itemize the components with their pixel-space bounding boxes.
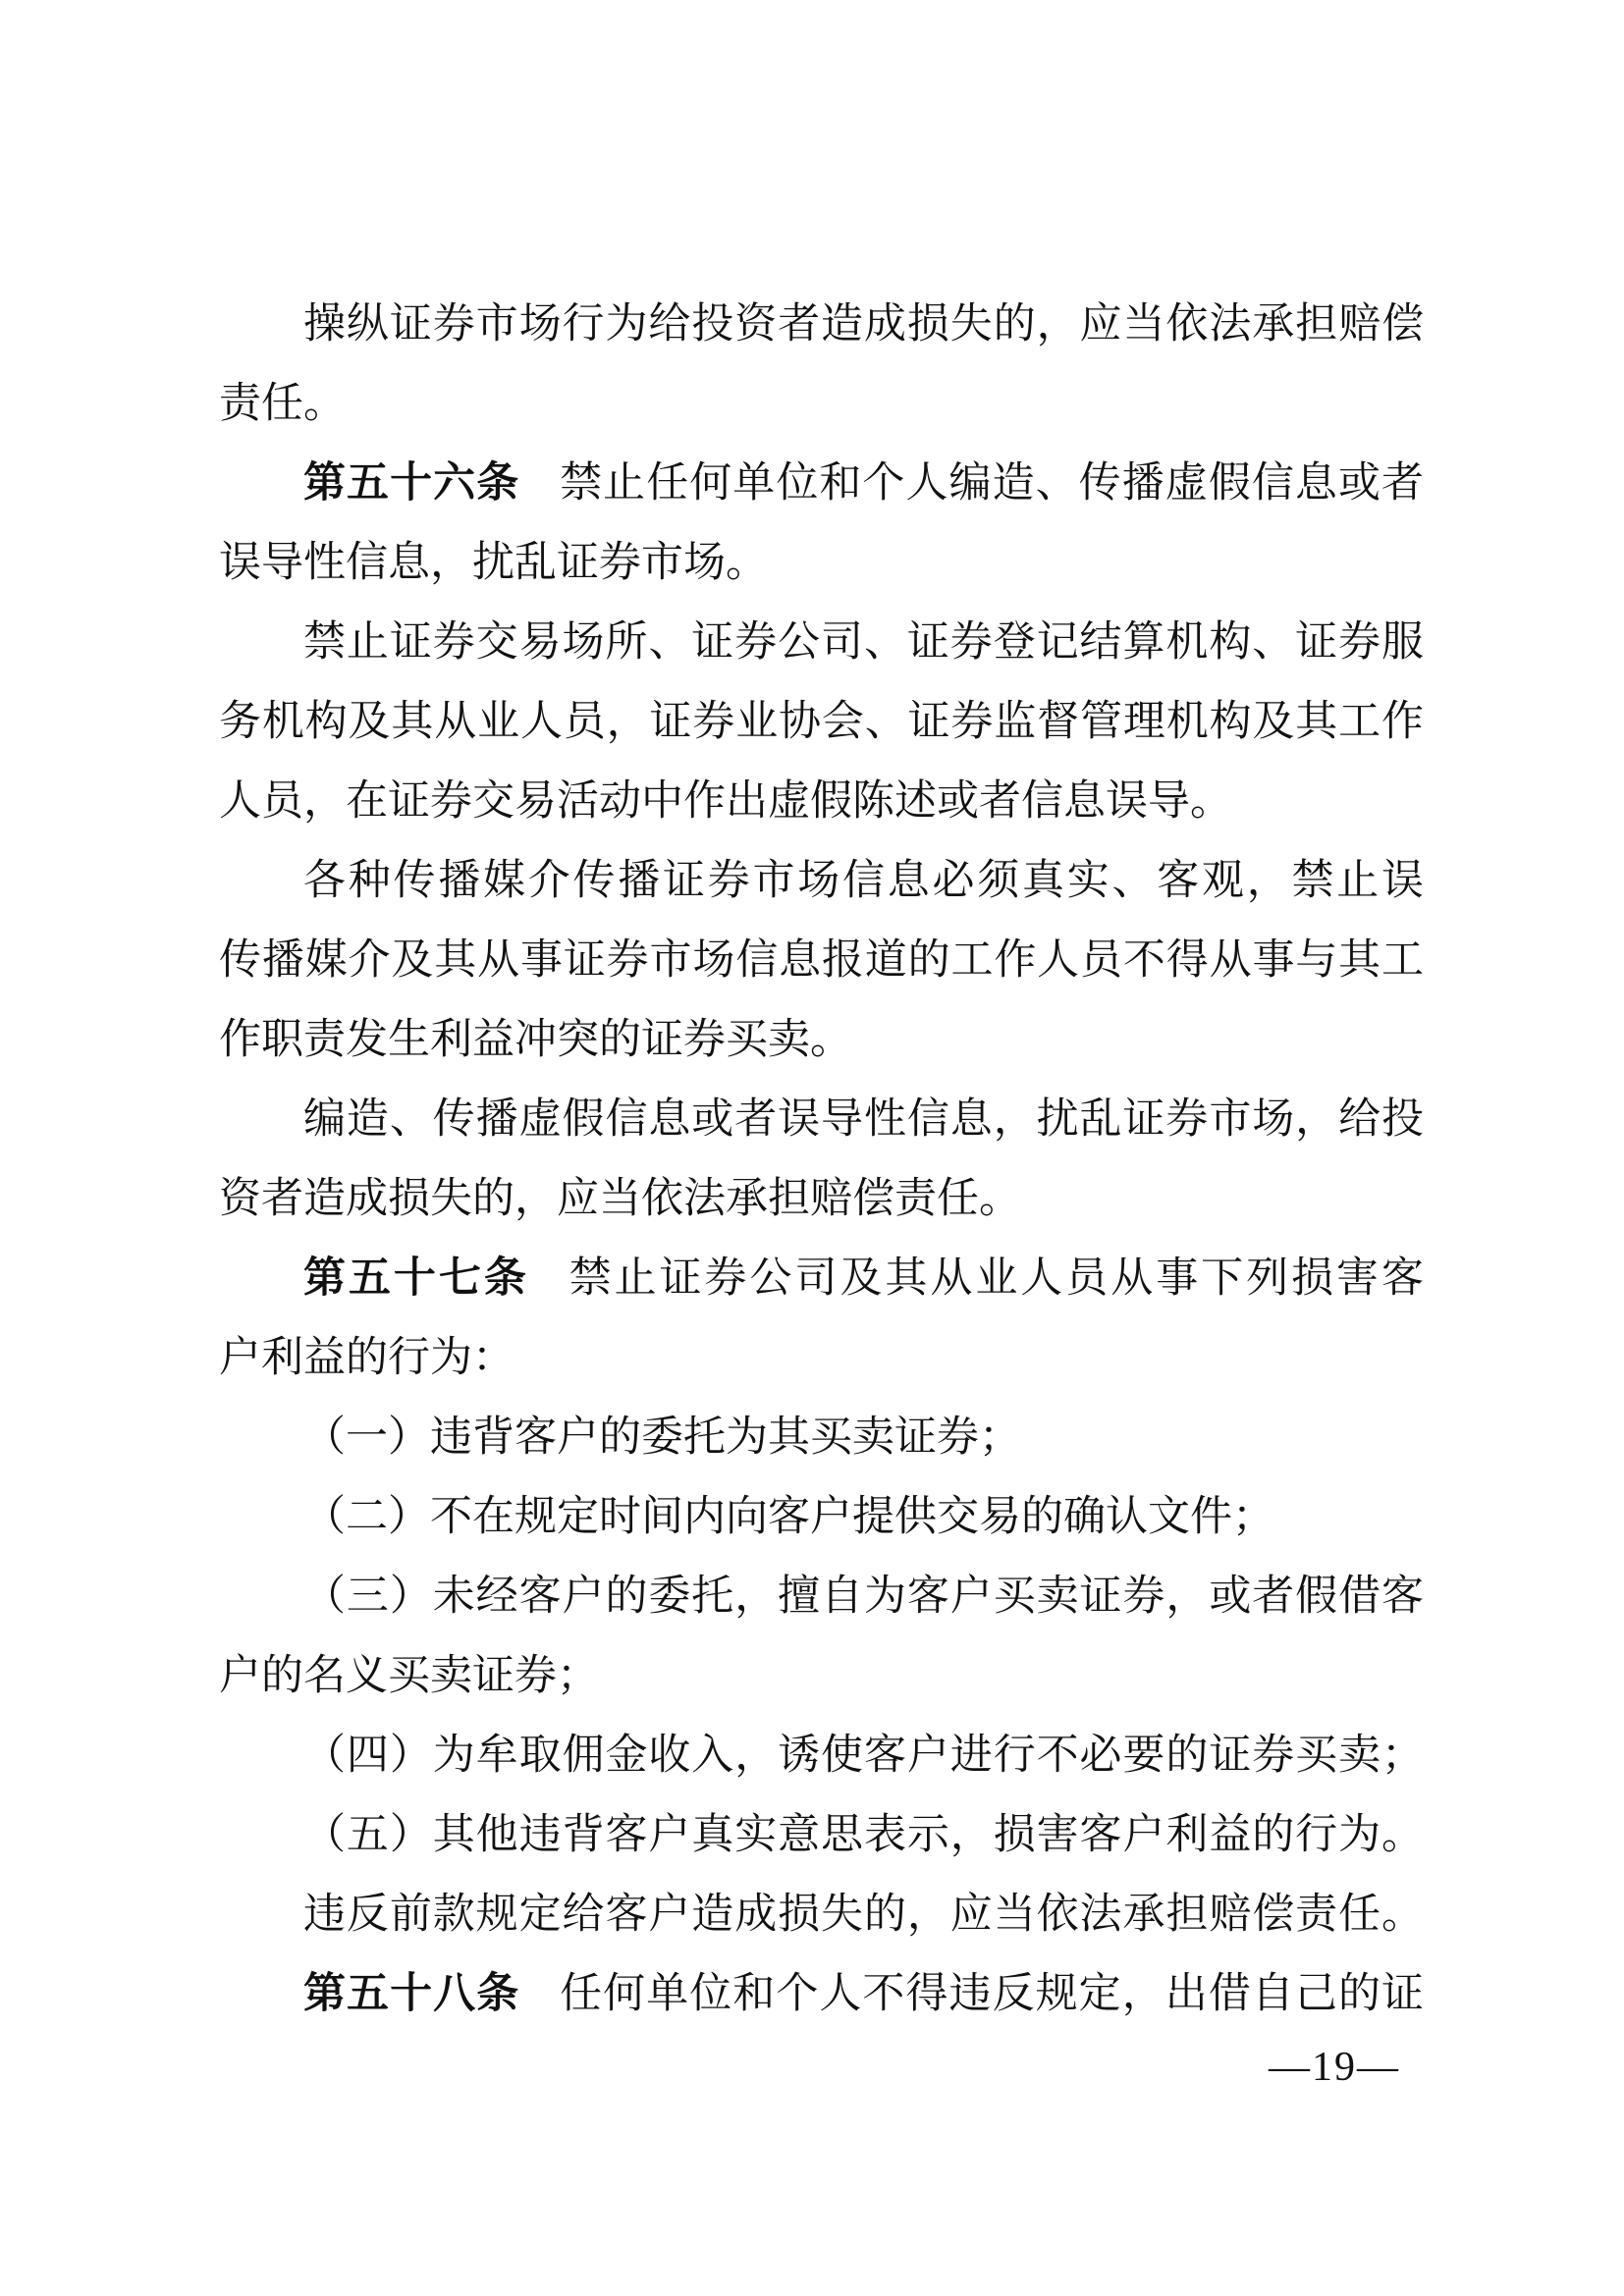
text-line: 违反前款规定给客户造成损失的，应当依法承担赔偿责任。 [219, 1875, 1424, 1954]
text-line: 误导性信息，扰乱证券市场。 [219, 523, 1424, 603]
text-line: 传播媒介及其从事证券市场信息报道的工作人员不得从事与其工 [219, 921, 1424, 1000]
line-text: 禁止证券交易场所、证券公司、证券登记结算机构、证券服 [303, 619, 1424, 666]
line-text: 各种传播媒介传播证券市场信息必须真实、客观，禁止误导。 [219, 858, 1424, 921]
line-text: 禁止证券公司及其从业人员从事下列损害客 [569, 1255, 1424, 1302]
line-text: 操纵证券市场行为给投资者造成损失的，应当依法承担赔偿 [303, 301, 1424, 347]
text-line: （三）未经客户的委托，擅自为客户买卖证券，或者假借客 [219, 1557, 1424, 1636]
text-line: 作职责发生利益冲突的证券买卖。 [219, 1000, 1424, 1080]
text-line: 各种传播媒介传播证券市场信息必须真实、客观，禁止误导。 [219, 841, 1424, 921]
line-text: （五）其他违背客户真实意思表示，损害客户利益的行为。 [303, 1812, 1424, 1858]
line-text: 禁止任何单位和个人编造、传播虚假信息或者 [560, 460, 1424, 507]
text-lines: 操纵证券市场行为给投资者造成损失的，应当依法承担赔偿责任。第五十六条禁止任何单位… [219, 285, 1424, 2034]
text-line: 第五十七条禁止证券公司及其从业人员从事下列损害客 [219, 1239, 1424, 1318]
text-line: 责任。 [219, 364, 1424, 444]
line-text: （四）为牟取佣金收入，诱使客户进行不必要的证券买卖； [303, 1733, 1424, 1779]
line-text: （一）违背客户的委托为其买卖证券； [303, 1415, 1021, 1461]
text-line: 户的名义买卖证券； [219, 1636, 1424, 1716]
article-number: 第五十八条 [303, 1970, 519, 2017]
article-number: 第五十六条 [303, 459, 519, 507]
text-line: 务机构及其从业人员，证券业协会、证券监督管理机构及其工作 [219, 682, 1424, 762]
text-line: （二）不在规定时间内向客户提供交易的确认文件； [219, 1477, 1424, 1557]
article-number: 第五十七条 [303, 1255, 529, 1302]
line-text: 户利益的行为： [219, 1335, 514, 1381]
line-text: （二）不在规定时间内向客户提供交易的确认文件； [303, 1494, 1274, 1540]
text-line: （一）违背客户的委托为其买卖证券； [219, 1398, 1424, 1477]
line-text: 任何单位和个人不得违反规定，出借自己的证 [560, 1971, 1424, 2017]
line-text: （三）未经客户的委托，擅自为客户买卖证券，或者假借客 [303, 1574, 1424, 1620]
page-number: —19— [1269, 2044, 1400, 2091]
line-text: 户的名义买卖证券； [219, 1653, 599, 1699]
line-text: 误导性信息，扰乱证券市场。 [219, 540, 768, 586]
text-line: （四）为牟取佣金收入，诱使客户进行不必要的证券买卖； [219, 1716, 1424, 1795]
line-text: 责任。 [219, 381, 346, 427]
line-text: 违反前款规定给客户造成损失的，应当依法承担赔偿责任。 [303, 1892, 1424, 1938]
text-line: 禁止证券交易场所、证券公司、证券登记结算机构、证券服 [219, 603, 1424, 682]
line-text: 作职责发生利益冲突的证券买卖。 [219, 1017, 852, 1063]
text-line: （五）其他违背客户真实意思表示，损害客户利益的行为。 [219, 1795, 1424, 1875]
text-line: 第五十八条任何单位和个人不得违反规定，出借自己的证 [219, 1954, 1424, 2034]
document-page: 操纵证券市场行为给投资者造成损失的，应当依法承担赔偿责任。第五十六条禁止任何单位… [0, 0, 1624, 2296]
text-line: 人员，在证券交易活动中作出虚假陈述或者信息误导。 [219, 762, 1424, 841]
text-line: 操纵证券市场行为给投资者造成损失的，应当依法承担赔偿 [219, 285, 1424, 364]
text-line: 第五十六条禁止任何单位和个人编造、传播虚假信息或者 [219, 444, 1424, 523]
line-text: 务机构及其从业人员，证券业协会、证券监督管理机构及其工作 [219, 699, 1424, 745]
line-text: 人员，在证券交易活动中作出虚假陈述或者信息误导。 [219, 778, 1232, 825]
text-line: 编造、传播虚假信息或者误导性信息，扰乱证券市场，给投 [219, 1080, 1424, 1159]
text-line: 户利益的行为： [219, 1318, 1424, 1398]
line-text: 编造、传播虚假信息或者误导性信息，扰乱证券市场，给投 [303, 1096, 1424, 1143]
line-text: 传播媒介及其从事证券市场信息报道的工作人员不得从事与其工 [219, 937, 1424, 984]
text-line: 资者造成损失的，应当依法承担赔偿责任。 [219, 1159, 1424, 1239]
line-text: 资者造成损失的，应当依法承担赔偿责任。 [219, 1176, 1021, 1222]
